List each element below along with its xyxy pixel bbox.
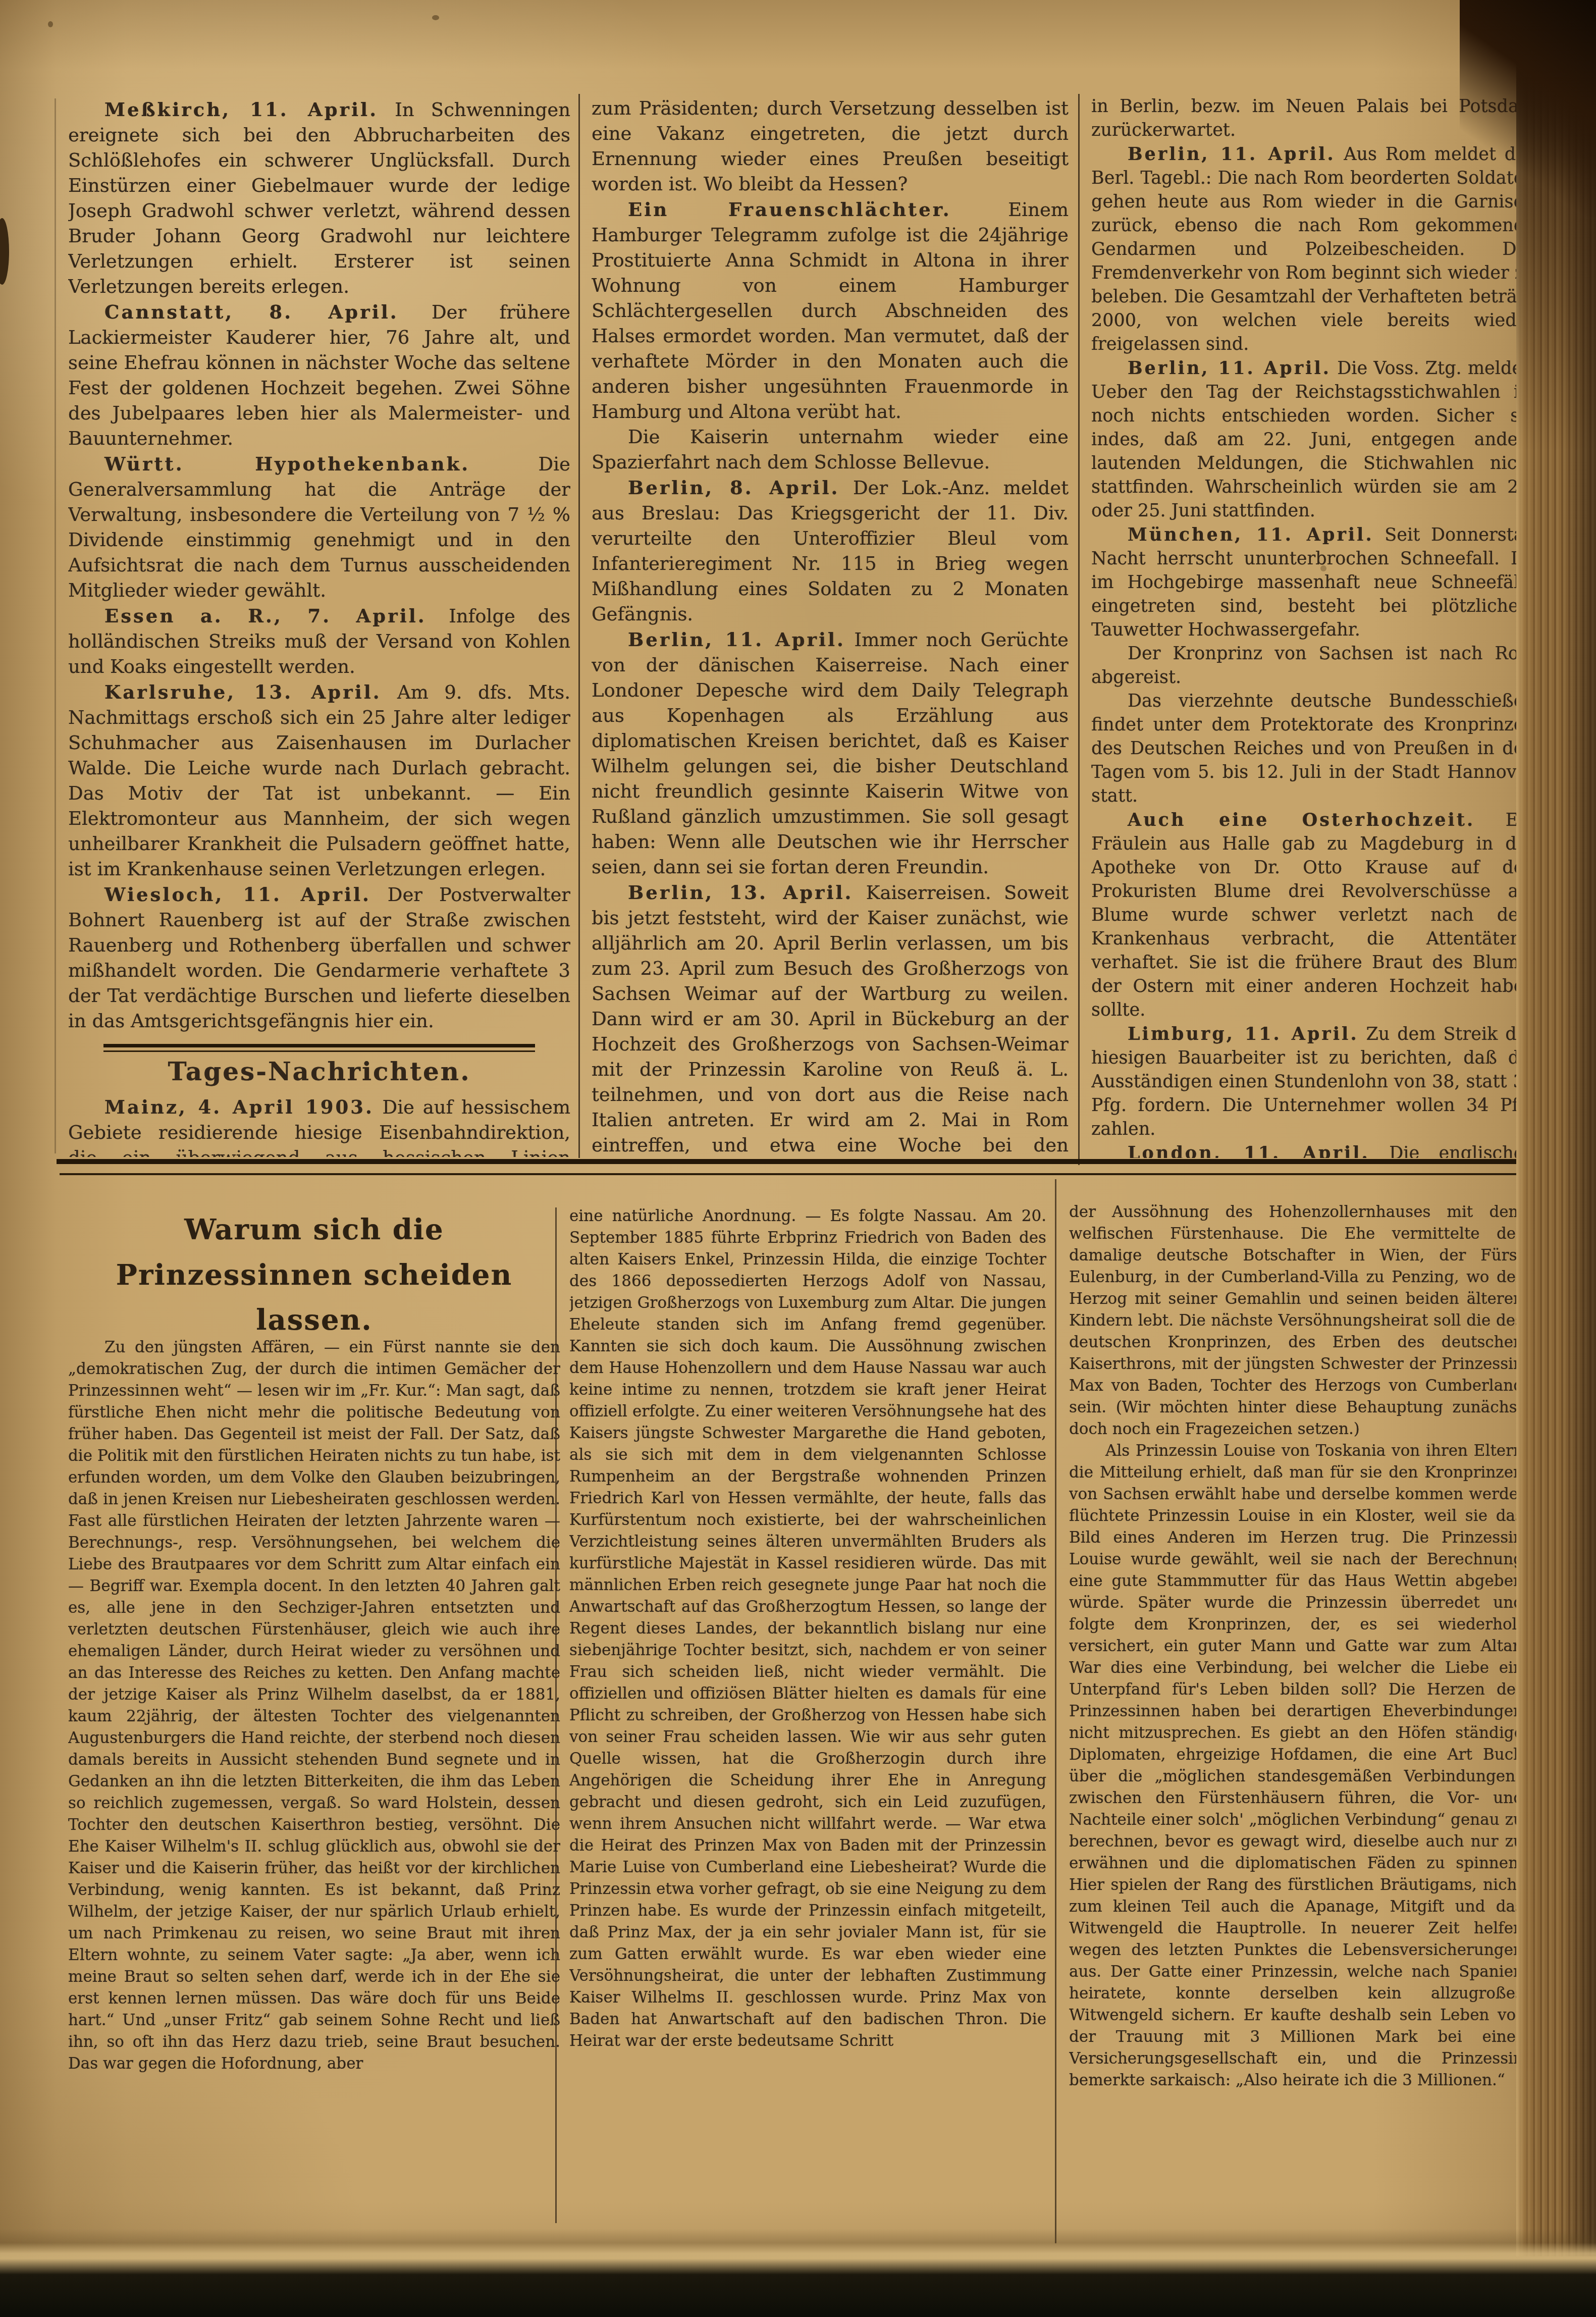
news-item: Auch eine Osterhochzeit. Ein Fräulein au…: [1091, 808, 1535, 1022]
news-text: zum Präsidenten; durch Versetzung dessel…: [592, 97, 1069, 195]
feuilleton-text: Als Prinzessin Louise von Toskania von i…: [1069, 1442, 1523, 2089]
dateline: Cannstatt, 8. April.: [104, 301, 399, 323]
news-item: London, 11. April. Die englischen Geheim…: [1091, 1141, 1535, 1158]
news-item: Der Kronprinz von Sachsen ist nach Rom a…: [1091, 642, 1535, 690]
news-item: München, 11. April. Seit Donnerstag Nach…: [1091, 523, 1535, 642]
news-text: In Schwenningen ereignete sich bei den A…: [68, 99, 570, 297]
news-item-continuation: zum Präsidenten; durch Versetzung dessel…: [592, 96, 1069, 197]
dateline: Auch eine Osterhochzeit.: [1128, 810, 1475, 830]
dateline: Berlin, 11. April.: [1128, 144, 1336, 165]
news-column-1: Meßkirch, 11. April. In Schwenningen ere…: [68, 97, 570, 1157]
section-rule-thin: [60, 1173, 1518, 1175]
news-text: Der frühere Lackiermeister Kauderer hier…: [68, 301, 570, 449]
news-text: Die Voss. Ztg. meldet: Ueber den Tag der…: [1091, 358, 1535, 521]
news-item: Mainz, 4. April 1903. Die auf hessischem…: [68, 1094, 570, 1157]
dateline: Berlin, 13. April.: [628, 881, 854, 904]
news-text: Die Kaiserin unternahm wieder eine Spazi…: [592, 426, 1069, 473]
news-item: Karlsruhe, 13. April. Am 9. dfs. Mts. Na…: [68, 679, 570, 882]
news-item: Württ. Hypothekenbank. Die Generalversam…: [68, 451, 570, 603]
feuilleton-text: der Aussöhnung des Hohenzollernhauses mi…: [1069, 1203, 1523, 1438]
dark-bottom-edge: [0, 2229, 1596, 2317]
news-item: Berlin, 8. April. Der Lok.-Anz. meldet a…: [592, 475, 1069, 627]
news-column-3: in Berlin, bezw. im Neuen Palais bei Pot…: [1091, 95, 1535, 1158]
column-rule: [1078, 94, 1080, 1165]
dateline: Württ. Hypothekenbank.: [104, 453, 470, 475]
news-item: Essen a. R., 7. April. Infolge des hollä…: [68, 603, 570, 679]
dateline: Mainz, 4. April 1903.: [104, 1096, 374, 1118]
paper-stain: [432, 15, 439, 20]
news-item: Cannstatt, 8. April. Der frühere Lackier…: [68, 299, 570, 451]
feuilleton-paragraph-continuation: eine natürliche Anordnung. — Es folgte N…: [569, 1205, 1046, 2052]
dateline: Ein Frauenschlächter.: [628, 198, 951, 221]
news-item: Berlin, 11. April. Die Voss. Ztg. meldet…: [1091, 356, 1535, 523]
news-text: Der Postverwalter Bohnert Rauenberg ist …: [68, 884, 570, 1032]
feuilleton-column-1: Zu den jüngsten Affären, — ein Fürst nan…: [68, 1337, 560, 2224]
dateline: Meßkirch, 11. April.: [104, 98, 378, 121]
tages-nachrichten-divider: [103, 1044, 536, 1052]
dateline: Wiesloch, 11. April.: [104, 883, 371, 906]
news-text: Kaiserreisen. Soweit bis jetzt feststeht…: [592, 882, 1069, 1157]
news-item: Die Kaiserin unternahm wieder eine Spazi…: [592, 425, 1069, 475]
dark-top-right-corner: [1460, 0, 1596, 217]
section-rule-heavy: [57, 1159, 1520, 1164]
news-text: Der Lok.-Anz. meldet aus Breslau: Das Kr…: [592, 477, 1069, 625]
news-item: Meßkirch, 11. April. In Schwenningen ere…: [68, 97, 570, 299]
news-text: Der Kronprinz von Sachsen ist nach Rom a…: [1091, 644, 1535, 688]
dateline: Berlin, 11. April.: [628, 628, 845, 651]
newspaper-page: Meßkirch, 11. April. In Schwenningen ere…: [0, 0, 1596, 2317]
news-item: Berlin, 11. April. Immer noch Gerüchte v…: [592, 627, 1069, 880]
page-crease: [55, 98, 56, 1153]
section-heading: Tages-Nachrichten.: [68, 1059, 570, 1084]
feuilleton-paragraph: Zu den jüngsten Affären, — ein Fürst nan…: [68, 1337, 560, 2075]
dateline: Berlin, 8. April.: [628, 477, 839, 499]
feuilleton-text: eine natürliche Anordnung. — Es folgte N…: [569, 1207, 1046, 2050]
dateline: Limburg, 11. April.: [1128, 1024, 1359, 1044]
news-text: Die Generalversammlung hat die Anträge d…: [68, 453, 570, 601]
news-text: Das vierzehnte deutsche Bundesschießen f…: [1091, 691, 1535, 806]
feuilleton-column-2: eine natürliche Anordnung. — Es folgte N…: [569, 1205, 1046, 2225]
feuilleton-title: Warum sich die Prinzessinnen scheiden la…: [68, 1207, 560, 1343]
news-item: Limburg, 11. April. Zu dem Streik der hi…: [1091, 1022, 1535, 1141]
news-text: Am 9. dfs. Mts. Nachmittags erschoß sich…: [68, 681, 570, 880]
news-item: Wiesloch, 11. April. Der Postverwalter B…: [68, 882, 570, 1034]
news-item: Ein Frauenschlächter. Einem Hamburger Te…: [592, 197, 1069, 425]
dateline: London, 11. April.: [1128, 1143, 1370, 1158]
column-rule: [578, 94, 580, 1158]
feuilleton-paragraph: Als Prinzessin Louise von Toskania von i…: [1069, 1440, 1523, 2091]
dateline: Karlsruhe, 13. April.: [104, 681, 382, 703]
dateline: Essen a. R., 7. April.: [104, 605, 427, 627]
news-text: Ein Fräulein aus Halle gab zu Magdeburg …: [1091, 810, 1535, 1020]
dateline: München, 11. April.: [1128, 524, 1374, 545]
news-text: Einem Hamburger Telegramm zufolge ist di…: [592, 199, 1069, 423]
news-item: Das vierzehnte deutsche Bundesschießen f…: [1091, 690, 1535, 808]
news-text: Immer noch Gerüchte von der dänischen Ka…: [592, 629, 1069, 878]
feuilleton-paragraph-continuation: der Aussöhnung des Hohenzollernhauses mi…: [1069, 1201, 1523, 1440]
news-column-2: zum Präsidenten; durch Versetzung dessel…: [592, 96, 1069, 1157]
book-fore-edge: [1516, 0, 1596, 2256]
news-item: Berlin, 13. April. Kaiserreisen. Soweit …: [592, 880, 1069, 1157]
dateline: Berlin, 11. April.: [1128, 358, 1331, 379]
feuilleton-text: Zu den jüngsten Affären, — ein Fürst nan…: [68, 1338, 560, 2073]
column-rule: [1055, 1179, 1056, 2243]
paper-stain: [48, 21, 53, 27]
feuilleton-title-line1: Warum sich die Prinzessinnen scheiden: [68, 1207, 560, 1298]
feuilleton-column-3: der Aussöhnung des Hohenzollernhauses mi…: [1069, 1201, 1523, 2243]
